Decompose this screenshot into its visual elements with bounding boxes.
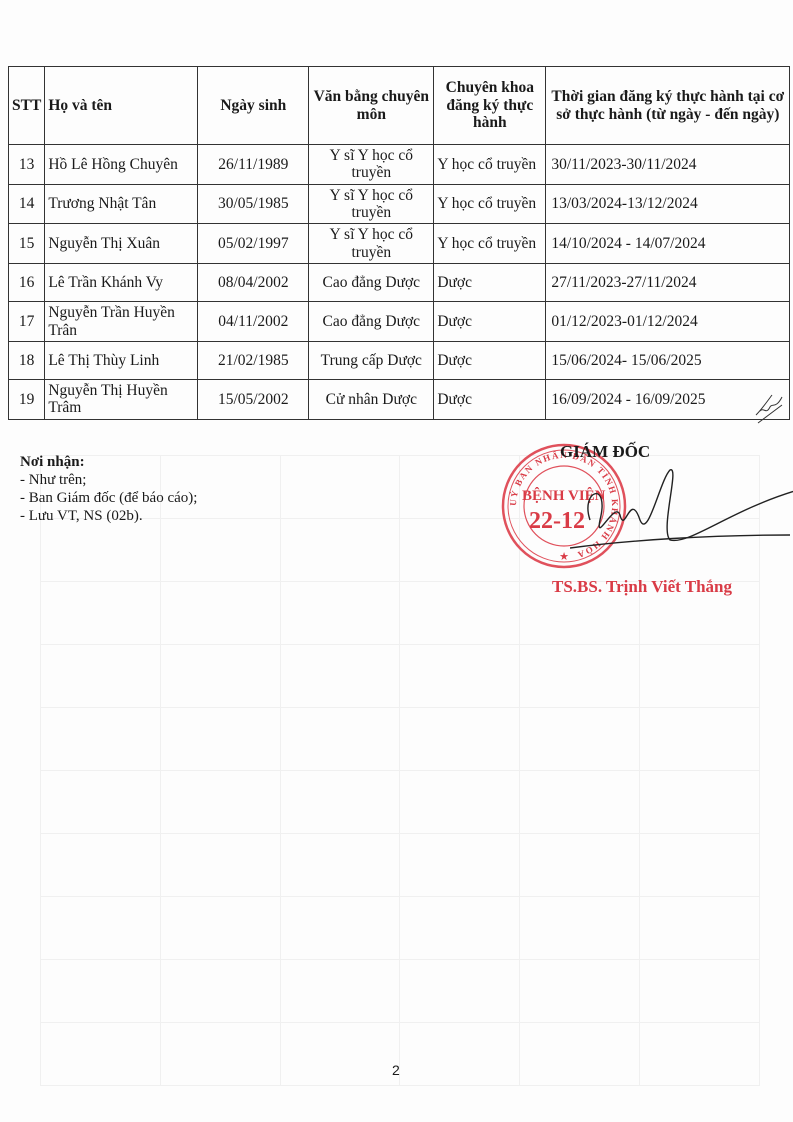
cell-period: 13/03/2024-13/12/2024 bbox=[546, 184, 790, 224]
cell-stt: 14 bbox=[9, 184, 45, 224]
table-row: 17Nguyễn Trần Huyền Trân04/11/2002Cao đẳ… bbox=[9, 302, 790, 342]
cell-dob: 30/05/1985 bbox=[198, 184, 309, 224]
table-row: 14Trương Nhật Tân30/05/1985Y sĩ Y học cổ… bbox=[9, 184, 790, 224]
cell-degree: Y sĩ Y học cổ truyền bbox=[309, 184, 434, 224]
cell-stt: 15 bbox=[9, 224, 45, 264]
cell-period: 01/12/2023-01/12/2024 bbox=[546, 302, 790, 342]
cell-name: Nguyễn Thị Huyền Trâm bbox=[45, 379, 198, 419]
cell-specialty: Dược bbox=[434, 341, 546, 379]
cell-specialty: Y học cổ truyền bbox=[434, 184, 546, 224]
cell-degree: Y sĩ Y học cổ truyền bbox=[309, 224, 434, 264]
header-name: Họ và tên bbox=[45, 67, 198, 145]
practitioner-table: STT Họ và tên Ngày sinh Văn bằng chuyên … bbox=[8, 66, 790, 420]
table-row: 13Hồ Lê Hồng Chuyên26/11/1989Y sĩ Y học … bbox=[9, 145, 790, 185]
cell-specialty: Y học cổ truyền bbox=[434, 224, 546, 264]
recipients-title: Nơi nhận: bbox=[20, 453, 197, 471]
cell-dob: 21/02/1985 bbox=[198, 341, 309, 379]
cell-specialty: Dược bbox=[434, 379, 546, 419]
header-degree: Văn bằng chuyên môn bbox=[309, 67, 434, 145]
cell-period: 30/11/2023-30/11/2024 bbox=[546, 145, 790, 185]
cell-stt: 18 bbox=[9, 341, 45, 379]
signer-name: TS.BS. Trịnh Viết Thắng bbox=[552, 577, 732, 597]
cell-stt: 16 bbox=[9, 264, 45, 302]
cell-dob: 05/02/1997 bbox=[198, 224, 309, 264]
cell-period: 27/11/2023-27/11/2024 bbox=[546, 264, 790, 302]
cell-degree: Trung cấp Dược bbox=[309, 341, 434, 379]
cell-dob: 26/11/1989 bbox=[198, 145, 309, 185]
svg-text:★: ★ bbox=[559, 551, 569, 563]
cell-period: 15/06/2024- 15/06/2025 bbox=[546, 341, 790, 379]
cell-dob: 04/11/2002 bbox=[198, 302, 309, 342]
table-row: 19Nguyễn Thị Huyền Trâm15/05/2002Cử nhân… bbox=[9, 379, 790, 419]
header-specialty: Chuyên khoa đăng ký thực hành bbox=[434, 67, 546, 145]
cell-name: Nguyễn Thị Xuân bbox=[45, 224, 198, 264]
cell-degree: Cao đẳng Dược bbox=[309, 302, 434, 342]
header-dob: Ngày sinh bbox=[198, 67, 309, 145]
recipients-block: Nơi nhận: - Như trên; - Ban Giám đốc (để… bbox=[20, 453, 197, 525]
cell-specialty: Y học cổ truyền bbox=[434, 145, 546, 185]
cell-name: Lê Thị Thùy Linh bbox=[45, 341, 198, 379]
cell-name: Hồ Lê Hồng Chuyên bbox=[45, 145, 198, 185]
recipient-item: - Ban Giám đốc (để báo cáo); bbox=[20, 489, 197, 507]
handwritten-signature-icon bbox=[570, 460, 793, 570]
cell-period: 14/10/2024 - 14/07/2024 bbox=[546, 224, 790, 264]
recipient-item: - Lưu VT, NS (02b). bbox=[20, 507, 197, 525]
cell-name: Trương Nhật Tân bbox=[45, 184, 198, 224]
cell-degree: Y sĩ Y học cổ truyền bbox=[309, 145, 434, 185]
table-row: 16Lê Trần Khánh Vy08/04/2002Cao đẳng Dượ… bbox=[9, 264, 790, 302]
header-period: Thời gian đăng ký thực hành tại cơ sở th… bbox=[546, 67, 790, 145]
cell-specialty: Dược bbox=[434, 302, 546, 342]
cell-dob: 08/04/2002 bbox=[198, 264, 309, 302]
cell-stt: 17 bbox=[9, 302, 45, 342]
cell-name: Nguyễn Trần Huyền Trân bbox=[45, 302, 198, 342]
page-number: 2 bbox=[392, 1062, 400, 1078]
cell-specialty: Dược bbox=[434, 264, 546, 302]
cell-degree: Cao đẳng Dược bbox=[309, 264, 434, 302]
table-row: 15Nguyễn Thị Xuân05/02/1997Y sĩ Y học cổ… bbox=[9, 224, 790, 264]
cell-stt: 19 bbox=[9, 379, 45, 419]
signer-title: GIÁM ĐỐC bbox=[560, 442, 650, 462]
cell-degree: Cử nhân Dược bbox=[309, 379, 434, 419]
cell-stt: 13 bbox=[9, 145, 45, 185]
initials-mark-icon bbox=[752, 385, 786, 425]
cell-dob: 15/05/2002 bbox=[198, 379, 309, 419]
signature-block: UỶ BAN NHÂN DÂN TỈNH KHÁNH HÒA ★ BỆNH VI… bbox=[500, 440, 760, 600]
cell-name: Lê Trần Khánh Vy bbox=[45, 264, 198, 302]
header-stt: STT bbox=[9, 67, 45, 145]
table-header-row: STT Họ và tên Ngày sinh Văn bằng chuyên … bbox=[9, 67, 790, 145]
table-row: 18Lê Thị Thùy Linh21/02/1985Trung cấp Dư… bbox=[9, 341, 790, 379]
recipient-item: - Như trên; bbox=[20, 471, 197, 489]
